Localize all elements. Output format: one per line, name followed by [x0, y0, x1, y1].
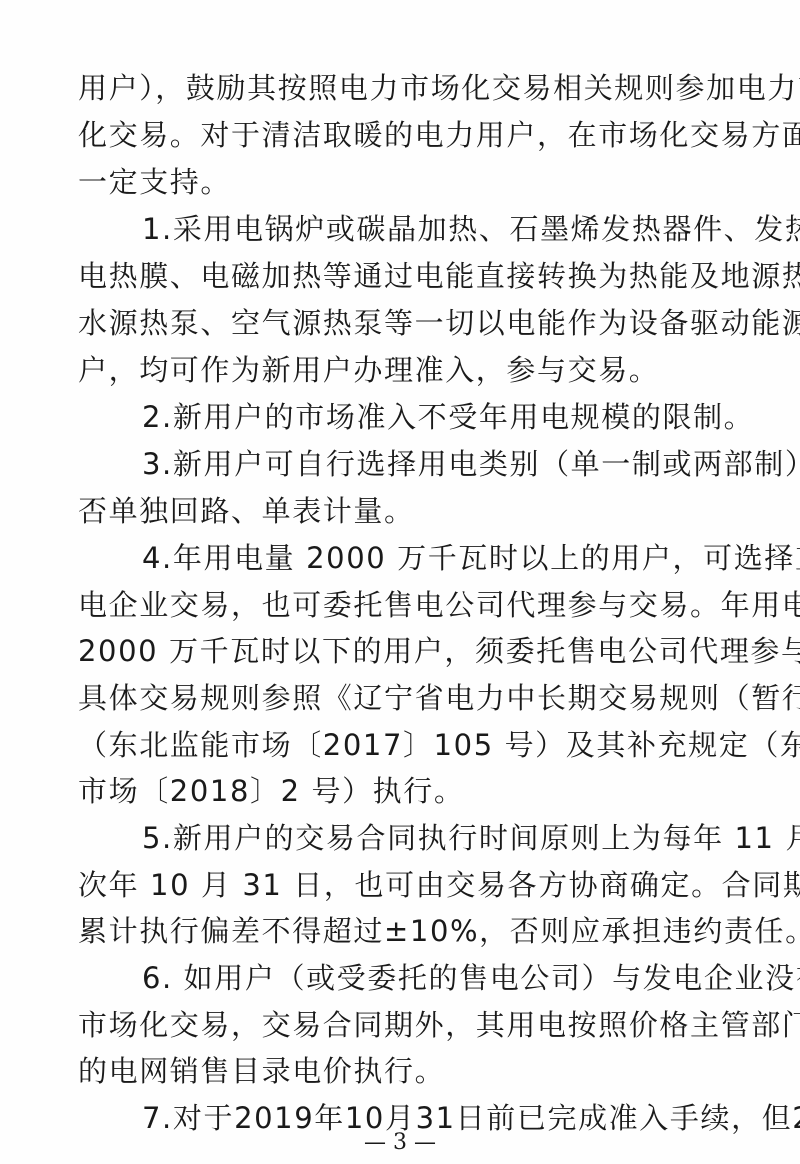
list-item-1: 1.采用电锅炉或碳晶加热、石墨烯发热器件、发热电缆、 — [142, 206, 718, 253]
list-item-3: 3.新用户可自行选择用电类别（单一制或两部制）和是 — [142, 441, 718, 488]
text-line: 户，均可作为新用户办理准入，参与交易。 — [78, 347, 718, 394]
list-item-5: 5.新用户的交易合同执行时间原则上为每年 11 月 1 日至 — [142, 815, 718, 862]
text-line: （东北监能市场〔2017〕105 号）及其补充规定（东北监能 — [78, 722, 718, 769]
text-line: 水源热泵、空气源热泵等一切以电能作为设备驱动能源的用 — [78, 300, 718, 347]
page-number: — 3 — — [0, 1128, 800, 1158]
text-line: 累计执行偏差不得超过±10%，否则应承担违约责任。 — [78, 908, 718, 955]
text-line: 化交易。对于清洁取暖的电力用户，在市场化交易方面给予 — [78, 112, 718, 159]
text-line: 一定支持。 — [78, 159, 718, 206]
text-line: 电热膜、电磁加热等通过电能直接转换为热能及地源热泵、 — [78, 253, 718, 300]
text-line: 市场〔2018〕2 号）执行。 — [78, 768, 718, 815]
text-line: 用户），鼓励其按照电力市场化交易相关规则参加电力市场 — [78, 65, 718, 112]
text-line: 否单独回路、单表计量。 — [78, 488, 718, 535]
list-item-2: 2.新用户的市场准入不受年用电规模的限制。 — [142, 394, 718, 441]
text-line: 次年 10 月 31 日，也可由交易各方协商确定。合同期满时， — [78, 862, 718, 909]
text-line: 具体交易规则参照《辽宁省电力中长期交易规则（暂行）》 — [78, 675, 718, 722]
document-page: 用户），鼓励其按照电力市场化交易相关规则参加电力市场 化交易。对于清洁取暖的电力… — [0, 0, 800, 1164]
text-line: 2000 万千瓦时以下的用户，须委托售电公司代理参与交易。 — [78, 628, 718, 675]
list-item-6: 6. 如用户（或受委托的售电公司）与发电企业没有完成 — [142, 955, 718, 1002]
list-item-4: 4.年用电量 2000 万千瓦时以上的用户，可选择直接与发 — [142, 535, 718, 582]
text-line: 市场化交易，交易合同期外，其用电按照价格主管部门规定 — [78, 1002, 718, 1049]
text-line: 的电网销售目录电价执行。 — [78, 1048, 718, 1095]
text-line: 电企业交易，也可委托售电公司代理参与交易。年用电量 — [78, 582, 718, 629]
